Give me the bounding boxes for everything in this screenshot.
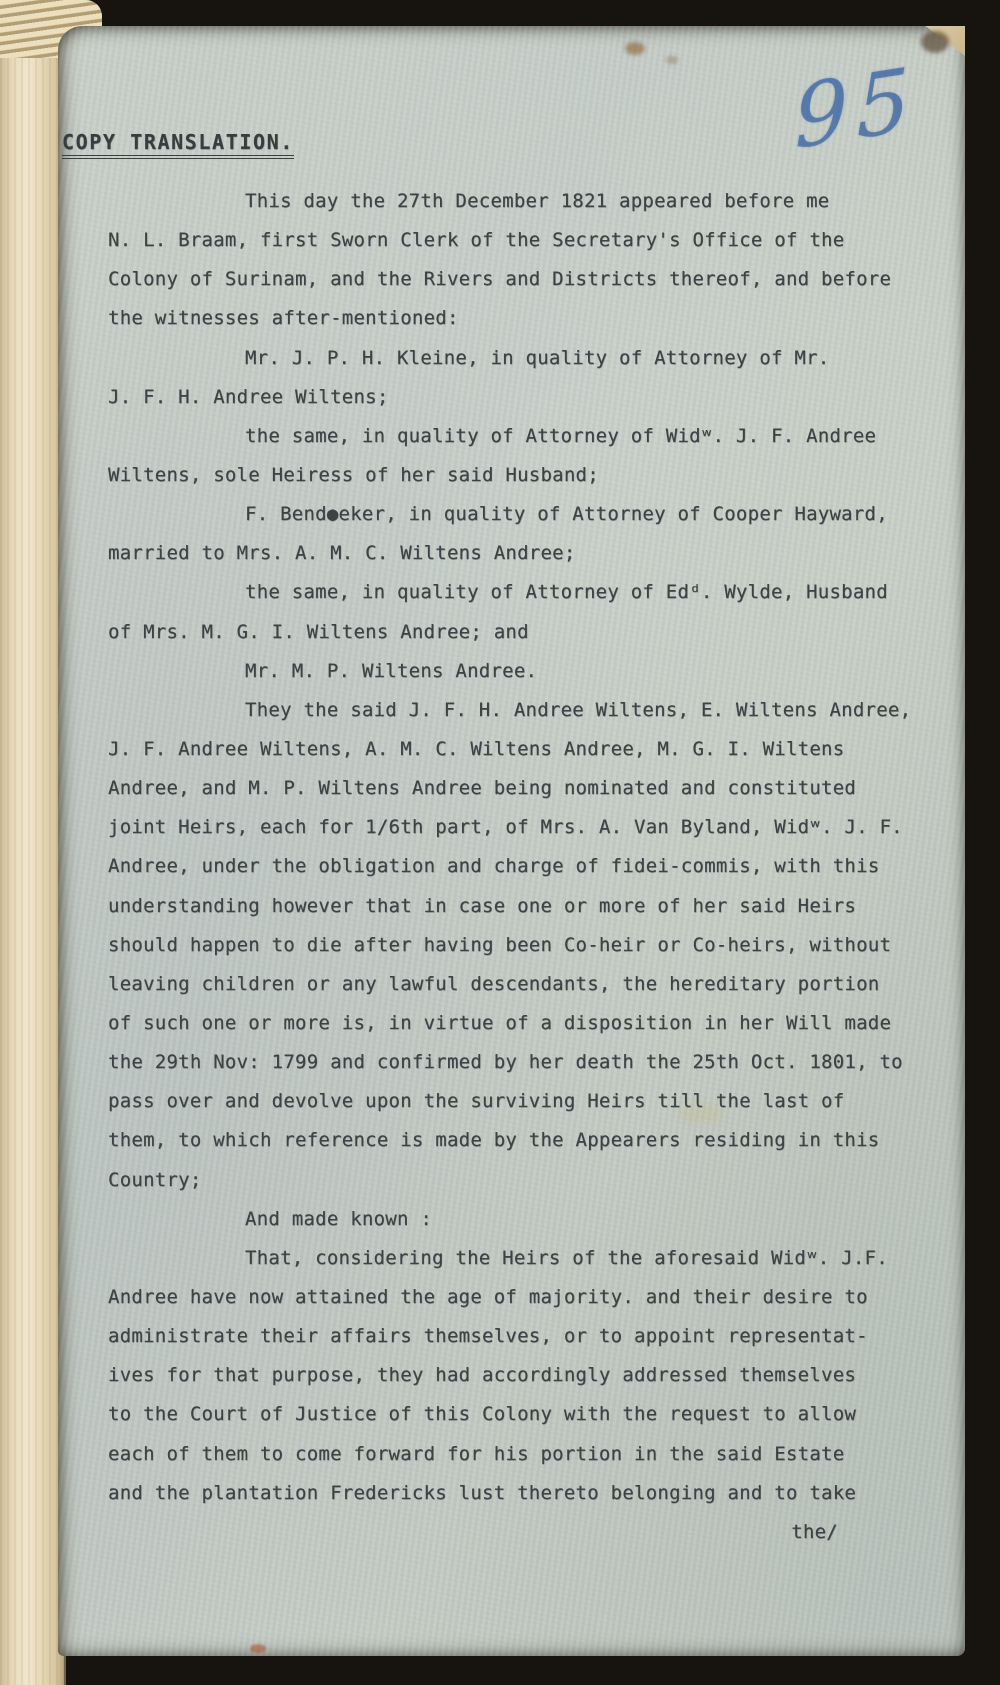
typed-line: Mr. M. P. Wiltens Andree.: [108, 660, 963, 699]
typed-line: to the Court of Justice of this Colony w…: [108, 1403, 963, 1442]
document-body: This day the 27th December 1821 appeared…: [108, 190, 963, 1560]
stain-spot: [250, 1644, 266, 1653]
typed-line: That, considering the Heirs of the afore…: [108, 1247, 963, 1286]
typed-line: each of them to come forward for his por…: [108, 1443, 963, 1482]
typed-line: them, to which reference is made by the …: [108, 1129, 963, 1168]
stain-spot: [666, 56, 678, 64]
typed-line: F. Bend●eker, in quality of Attorney of …: [108, 503, 963, 542]
typed-line: should happen to die after having been C…: [108, 934, 963, 973]
typed-line: the witnesses after-mentioned:: [108, 307, 963, 346]
document-title: COPY TRANSLATION.: [62, 130, 294, 159]
typed-line: Andree, and M. P. Wiltens Andree being n…: [108, 777, 963, 816]
book-pages-edge: [0, 0, 66, 1685]
typed-line: This day the 27th December 1821 appeared…: [108, 190, 963, 229]
typed-line: pass over and devolve upon the surviving…: [108, 1090, 963, 1129]
typed-line: Andree, under the obligation and charge …: [108, 855, 963, 894]
typed-line: understanding however that in case one o…: [108, 895, 963, 934]
typed-line: the same, in quality of Attorney of Edᵈ.…: [108, 581, 963, 620]
typed-line: married to Mrs. A. M. C. Wiltens Andree;: [108, 542, 963, 581]
typed-line: Country;: [108, 1169, 963, 1208]
typed-line: the 29th Nov: 1799 and confirmed by her …: [108, 1051, 963, 1090]
typed-line: Andree have now attained the age of majo…: [108, 1286, 963, 1325]
typed-line: of Mrs. M. G. I. Wiltens Andree; and: [108, 621, 963, 660]
typed-line: They the said J. F. H. Andree Wiltens, E…: [108, 699, 963, 738]
handwritten-page-number: 95: [793, 44, 992, 162]
typed-line: administrate their affairs themselves, o…: [108, 1325, 963, 1364]
typed-line: ives for that purpose, they had accordin…: [108, 1364, 963, 1403]
document-page: 95 COPY TRANSLATION. This day the 27th D…: [58, 26, 965, 1656]
typed-line: N. L. Braam, first Sworn Clerk of the Se…: [108, 229, 963, 268]
typed-line: J. F. Andree Wiltens, A. M. C. Wiltens A…: [108, 738, 963, 777]
typed-line: the/: [108, 1521, 963, 1560]
typed-line: joint Heirs, each for 1/6th part, of Mrs…: [108, 816, 963, 855]
stain-spot: [625, 42, 645, 55]
backdrop: { "title": "COPY TRANSLATION.", "handwri…: [0, 0, 1000, 1685]
typed-line: Colony of Surinam, and the Rivers and Di…: [108, 268, 963, 307]
typed-line: J. F. H. Andree Wiltens;: [108, 386, 963, 425]
typed-line: the same, in quality of Attorney of Widʷ…: [108, 425, 963, 464]
typed-line: Mr. J. P. H. Kleine, in quality of Attor…: [108, 347, 963, 386]
typed-line: of such one or more is, in virtue of a d…: [108, 1012, 963, 1051]
typed-line: leaving children or any lawful descendan…: [108, 973, 963, 1012]
typed-line: And made known :: [108, 1208, 963, 1247]
typed-line: and the plantation Fredericks lust there…: [108, 1482, 963, 1521]
typed-line: Wiltens, sole Heiress of her said Husban…: [108, 464, 963, 503]
